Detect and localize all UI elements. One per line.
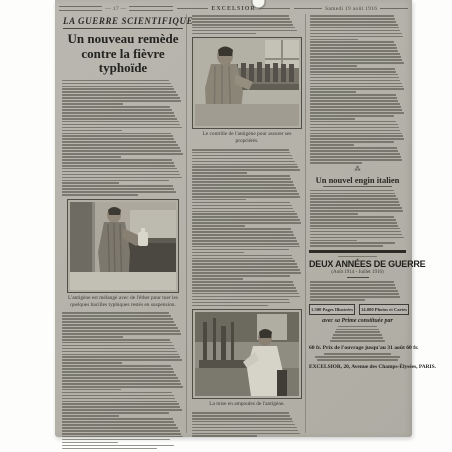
text-line: [62, 386, 183, 388]
text-line: [310, 156, 401, 158]
text-line: [192, 166, 298, 168]
text-line: [62, 135, 173, 137]
text-line: [333, 334, 381, 336]
text-line: [310, 83, 402, 85]
text-line: [192, 228, 291, 230]
text-line: [310, 53, 400, 55]
text-line: [310, 86, 403, 88]
text-line: [62, 409, 182, 411]
subhead-rule: [323, 186, 392, 187]
text-line: [62, 144, 178, 146]
header-center: EXCELSIOR: [177, 6, 291, 12]
text-line: [310, 284, 395, 286]
photo-antigen-ether: [67, 199, 179, 293]
text-line: [310, 153, 400, 155]
text-line: [62, 97, 180, 99]
text-line: [62, 80, 169, 82]
text-line: [62, 159, 172, 161]
text-line: [192, 421, 293, 423]
text-line: [62, 88, 174, 90]
text-line: [62, 430, 180, 432]
text-line: [62, 395, 174, 397]
text-line: [192, 190, 297, 192]
text-line: [310, 80, 400, 82]
header-left: — 17 —: [59, 6, 173, 12]
text-line: [310, 133, 402, 135]
text-line: [192, 187, 296, 189]
text-line: [192, 155, 292, 157]
text-line: [310, 207, 402, 209]
text-line: [192, 18, 290, 20]
text-line: [310, 94, 396, 96]
text-line: [192, 211, 295, 213]
text-line: [62, 94, 178, 96]
middle-column: Le contrôle de l'antigène pour assurer s…: [191, 15, 303, 434]
text-line: [62, 445, 174, 447]
text-line: [192, 21, 292, 23]
text-line: [310, 281, 394, 283]
text-line: [192, 296, 300, 298]
text-line: [310, 293, 399, 295]
text-line: [310, 15, 394, 17]
text-line: [192, 415, 290, 417]
text-line: [310, 77, 399, 79]
text-line: [62, 182, 119, 184]
text-line: [310, 88, 404, 90]
text-line: [62, 168, 177, 170]
text-line: [310, 118, 355, 120]
badge-photos: 14.000 Photos et Cartes: [359, 304, 409, 315]
text-line: [192, 30, 297, 32]
issue-date: Samedi 19 août 1916: [325, 6, 377, 12]
text-line: [192, 202, 290, 204]
text-line: [62, 345, 174, 347]
text-line: [62, 86, 173, 88]
text-line: [192, 427, 297, 429]
text-line: [192, 266, 298, 268]
text-line: [192, 152, 290, 154]
masthead: EXCELSIOR: [211, 6, 255, 12]
header-right: Samedi 19 août 1916: [294, 6, 408, 12]
text-line: [310, 135, 403, 137]
text-line: [332, 337, 383, 339]
text-line: [62, 442, 118, 444]
text-line: [192, 260, 295, 262]
text-line: [310, 213, 358, 215]
product-photo-canvas: — 17 — EXCELSIOR Samedi 19 août 1916 LA …: [0, 0, 452, 452]
text-line: [192, 178, 291, 180]
text-line: [310, 222, 397, 224]
header-rule: [380, 8, 408, 9]
header-rule: [259, 8, 291, 9]
text-line: [310, 150, 398, 152]
text-line: [310, 103, 400, 105]
text-line: [62, 421, 174, 423]
text-line: [192, 199, 246, 201]
text-line: [192, 193, 299, 195]
text-line: [62, 121, 179, 123]
text-line: [192, 164, 297, 166]
text-line: [62, 191, 176, 193]
text-line: [338, 256, 378, 258]
text-line: [62, 427, 178, 429]
text-line: [192, 181, 293, 183]
text-line: [62, 354, 179, 356]
text-line: [192, 196, 300, 198]
text-line: [192, 234, 294, 236]
text-line: [310, 159, 402, 161]
text-line: [310, 127, 399, 129]
text-line: [310, 219, 396, 221]
advert-ornament: [347, 277, 369, 278]
text-line: [192, 205, 292, 207]
text-line: [62, 433, 181, 435]
text-line: [338, 326, 378, 328]
text-line: [310, 245, 383, 247]
text-line: [310, 97, 397, 99]
text-line: [62, 150, 181, 152]
text-line: [310, 162, 362, 164]
photo-caption: La mise en ampoules de l'antigène.: [195, 401, 299, 408]
page-header: — 17 — EXCELSIOR Samedi 19 août 1916: [59, 3, 408, 14]
text-line: [310, 30, 400, 32]
text-line: [192, 263, 297, 265]
text-line: [310, 237, 404, 239]
text-line: [336, 329, 379, 331]
text-line: [192, 175, 290, 177]
text-line: [62, 321, 174, 323]
text-line: [310, 106, 401, 108]
text-line: [192, 252, 244, 254]
text-line: [192, 278, 243, 280]
photo-lab-apparatus-illustration: [195, 312, 299, 396]
text-line: [310, 124, 398, 126]
text-line: [62, 100, 181, 102]
text-line: [310, 130, 400, 132]
text-line: [192, 172, 247, 174]
text-line: [62, 141, 176, 143]
text-line: [310, 210, 403, 212]
text-line: [62, 112, 174, 114]
text-line: [310, 190, 394, 192]
text-line: [62, 106, 170, 108]
text-line: [310, 201, 399, 203]
text-line: [62, 401, 177, 403]
text-line: [310, 33, 402, 35]
text-line: [62, 436, 183, 438]
text-line: [62, 153, 183, 155]
photo-ampoules: [192, 309, 302, 399]
text-line: [62, 392, 172, 394]
text-line: [192, 169, 300, 171]
body-text-block: [192, 15, 302, 34]
text-line: [62, 318, 173, 320]
text-line: [62, 327, 178, 329]
text-line: [62, 439, 170, 441]
text-line: [192, 293, 299, 295]
text-line: [310, 65, 357, 67]
text-line: [310, 195, 396, 197]
text-line: [315, 356, 400, 358]
text-line: [310, 68, 395, 70]
text-line: [310, 36, 403, 38]
text-line: [62, 324, 176, 326]
text-line: [192, 149, 289, 151]
text-line: [192, 430, 298, 432]
text-line: [310, 47, 397, 49]
text-line: [62, 133, 171, 135]
text-line: [192, 272, 301, 274]
text-line: [192, 246, 300, 248]
text-line: [62, 359, 182, 361]
text-line: [192, 33, 256, 35]
article-headline: Un nouveau remède contre la fièvre typho…: [61, 32, 185, 76]
text-line: [62, 339, 170, 341]
photo-caption: L'antigène est mélangé avec de l'éther p…: [65, 295, 181, 309]
text-line: [62, 127, 182, 129]
advert-prime-items: [310, 326, 405, 342]
advert-title: DEUX ANNÉES DE GUERRE: [309, 259, 406, 269]
text-line: [62, 398, 175, 400]
section-divider: ⁂: [309, 167, 406, 173]
text-line: [310, 27, 399, 29]
text-line: [192, 240, 297, 242]
header-rule: [129, 6, 172, 11]
text-line: [62, 374, 176, 376]
text-line: [310, 50, 398, 52]
text-line: [192, 418, 292, 420]
column-divider: [186, 14, 187, 433]
text-line: [192, 27, 295, 29]
text-line: [62, 351, 177, 353]
text-line: [62, 365, 171, 367]
text-line: [310, 242, 395, 244]
text-line: [62, 389, 121, 391]
headline-line-1: Un nouveau remède: [61, 32, 185, 47]
text-line: [310, 44, 396, 46]
text-line: [310, 91, 356, 93]
advert-subtitle: (Août 1914 - Juillet 1916): [309, 270, 406, 275]
text-line: [310, 287, 396, 289]
text-line: [62, 371, 174, 373]
text-line: [310, 39, 358, 41]
advert-intro-text: [310, 281, 405, 300]
body-text-block: [62, 80, 184, 196]
text-line: [192, 255, 292, 257]
body-text-block: [310, 15, 405, 164]
text-line: [192, 302, 290, 304]
text-line: [192, 213, 297, 215]
headline-line-2: contre la fièvre typhoïde: [61, 47, 185, 76]
advert-address: EXCELSIOR, 20, Avenue des Champs-Élysées…: [309, 364, 406, 370]
text-line: [310, 112, 404, 114]
text-line: [62, 185, 173, 187]
photo-antigen-control: [192, 37, 302, 129]
text-line: [62, 333, 181, 335]
newspaper-page: — 17 — EXCELSIOR Samedi 19 août 1916 LA …: [55, 0, 412, 437]
advert-kicker: [310, 256, 405, 258]
text-line: [192, 219, 300, 221]
text-line: [310, 41, 394, 43]
text-line: [192, 158, 293, 160]
text-line: [62, 171, 179, 173]
text-line: [62, 103, 123, 105]
text-line: [62, 124, 180, 126]
text-line: [62, 383, 181, 385]
text-line: [62, 147, 180, 149]
text-line: [310, 71, 396, 73]
text-line: [192, 243, 299, 245]
text-line: [62, 330, 180, 332]
text-line: [310, 62, 404, 64]
text-line: [310, 100, 398, 102]
text-line: [310, 121, 396, 123]
text-line: [192, 249, 289, 251]
text-line: [62, 424, 176, 426]
text-line: [62, 174, 180, 176]
advert-price-line: 60 fr. Prix de l'ouvrage jusqu'au 31 aoû…: [309, 345, 406, 351]
text-line: [192, 222, 301, 224]
text-line: [62, 162, 174, 164]
text-line: [62, 342, 172, 344]
section-subhead: Un nouvel engin italien: [309, 175, 406, 185]
text-line: [310, 147, 397, 149]
text-line: [62, 194, 138, 196]
text-line: [62, 312, 169, 314]
text-line: [62, 130, 122, 132]
text-line: [62, 91, 176, 93]
advert-badges: 1.500 Pages Illustrées 14.000 Photos et …: [309, 304, 406, 315]
text-line: [62, 377, 178, 379]
text-line: [330, 340, 384, 342]
header-rule: [177, 8, 209, 9]
text-line: [62, 336, 123, 338]
text-line: [192, 258, 293, 260]
text-line: [310, 193, 395, 195]
text-line: [310, 299, 365, 301]
text-line: [310, 109, 402, 111]
text-line: [192, 424, 295, 426]
text-line: [310, 59, 402, 61]
badge-pages: 1.500 Pages Illustrées: [309, 304, 355, 315]
text-line: [310, 225, 398, 227]
text-line: [310, 231, 401, 233]
text-line: [310, 204, 400, 206]
text-line: [62, 109, 172, 111]
text-line: [310, 115, 394, 117]
text-line: [62, 180, 169, 182]
text-line: [310, 234, 402, 236]
text-line: [192, 435, 257, 437]
text-line: [192, 161, 295, 163]
page-number: — 17 —: [105, 6, 126, 12]
body-text-block: [310, 190, 405, 248]
advert-prime-line: avec sa Prime constituée par: [309, 318, 406, 324]
text-line: [192, 269, 300, 271]
text-line: [62, 356, 180, 358]
text-line: [62, 418, 173, 420]
text-line: [192, 281, 293, 283]
text-line: [310, 228, 400, 230]
text-line: [317, 359, 399, 361]
photo-seated-chemist-illustration: [195, 40, 299, 126]
text-line: [335, 331, 381, 333]
text-line: [192, 208, 293, 210]
text-line: [62, 368, 173, 370]
text-line: [62, 156, 121, 158]
advert-box: DEUX ANNÉES DE GUERRE (Août 1914 - Juill…: [309, 256, 406, 370]
advert-top-rule: [309, 250, 406, 253]
text-line: [310, 290, 398, 292]
text-line: [310, 24, 398, 26]
text-line: [310, 144, 354, 146]
text-line: [62, 380, 180, 382]
text-line: [310, 198, 398, 200]
text-line: [192, 231, 293, 233]
text-line: [192, 305, 268, 307]
left-column: LA GUERRE SCIENTIFIQUE Un nouveau remède…: [61, 15, 185, 434]
text-line: [310, 138, 404, 140]
right-column: ⁂ Un nouvel engin italien DEUX ANNÉES DE…: [309, 15, 406, 434]
text-line: [62, 412, 169, 414]
text-line: [310, 240, 357, 242]
text-line: [192, 290, 297, 292]
text-line: [192, 299, 289, 301]
advert-terms: [310, 353, 405, 361]
text-line: [310, 296, 400, 298]
text-line: [62, 83, 171, 85]
body-text-block: [192, 149, 302, 306]
header-rule: [294, 8, 322, 9]
text-line: [62, 348, 175, 350]
text-line: [310, 56, 401, 58]
text-line: [62, 177, 182, 179]
header-rule: [59, 6, 102, 11]
text-line: [62, 165, 175, 167]
text-line: [62, 415, 119, 417]
photo-standing-chemist-illustration: [70, 202, 176, 290]
text-line: [62, 406, 180, 408]
text-line: [192, 275, 290, 277]
text-line: [310, 74, 398, 76]
column-divider: [305, 14, 306, 433]
text-line: [192, 284, 294, 286]
text-line: [62, 188, 174, 190]
text-line: [192, 216, 298, 218]
text-line: [192, 287, 296, 289]
text-line: [62, 115, 175, 117]
text-line: [192, 184, 294, 186]
text-line: [310, 141, 394, 143]
text-line: [192, 225, 245, 227]
text-line: [310, 216, 394, 218]
text-line: [310, 18, 395, 20]
text-line: [192, 412, 289, 414]
body-text-block: [192, 412, 302, 437]
text-line: [62, 315, 171, 317]
text-line: [192, 24, 293, 26]
text-line: [62, 403, 179, 405]
text-line: [192, 237, 296, 239]
text-line: [192, 15, 289, 17]
text-line: [310, 21, 396, 23]
text-line: [192, 433, 300, 435]
text-line: [62, 448, 157, 450]
text-line: [62, 138, 174, 140]
rubric-heading: LA GUERRE SCIENTIFIQUE: [63, 16, 183, 29]
body-text-block: [62, 312, 184, 449]
photo-caption: Le contrôle de l'antigène pour assurer s…: [195, 131, 299, 145]
